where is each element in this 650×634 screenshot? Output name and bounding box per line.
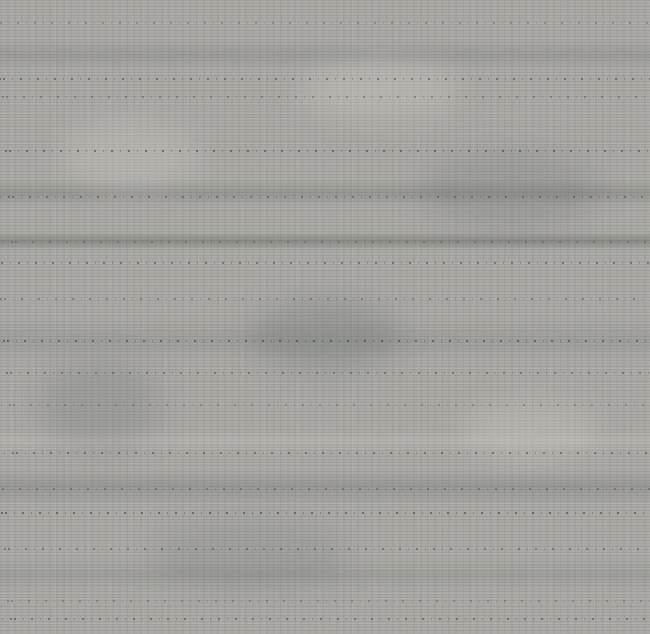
speck-row xyxy=(0,512,650,514)
tone-band xyxy=(0,40,650,70)
speck-row xyxy=(0,404,650,406)
speck-row xyxy=(0,488,650,490)
speck-row xyxy=(0,340,650,342)
speck-row xyxy=(0,600,650,602)
speck-row xyxy=(0,196,650,198)
speck-row xyxy=(0,618,650,620)
tone-blot xyxy=(250,300,400,370)
tone-blot xyxy=(60,120,200,190)
speck-row xyxy=(0,372,650,374)
speck-row xyxy=(0,78,650,80)
speck-row xyxy=(0,298,650,300)
speck-row xyxy=(0,262,650,264)
speck-row xyxy=(0,150,650,152)
speck-row xyxy=(0,96,650,98)
tone-band xyxy=(0,470,650,504)
tone-blot xyxy=(150,520,350,590)
speck-row xyxy=(0,452,650,454)
speck-row xyxy=(0,22,650,24)
rug-texture-image xyxy=(0,0,650,634)
tone-blot xyxy=(460,400,600,460)
speck-row xyxy=(0,548,650,550)
tone-blot xyxy=(300,60,460,120)
speck-row xyxy=(0,241,650,243)
tone-blot xyxy=(420,150,600,230)
